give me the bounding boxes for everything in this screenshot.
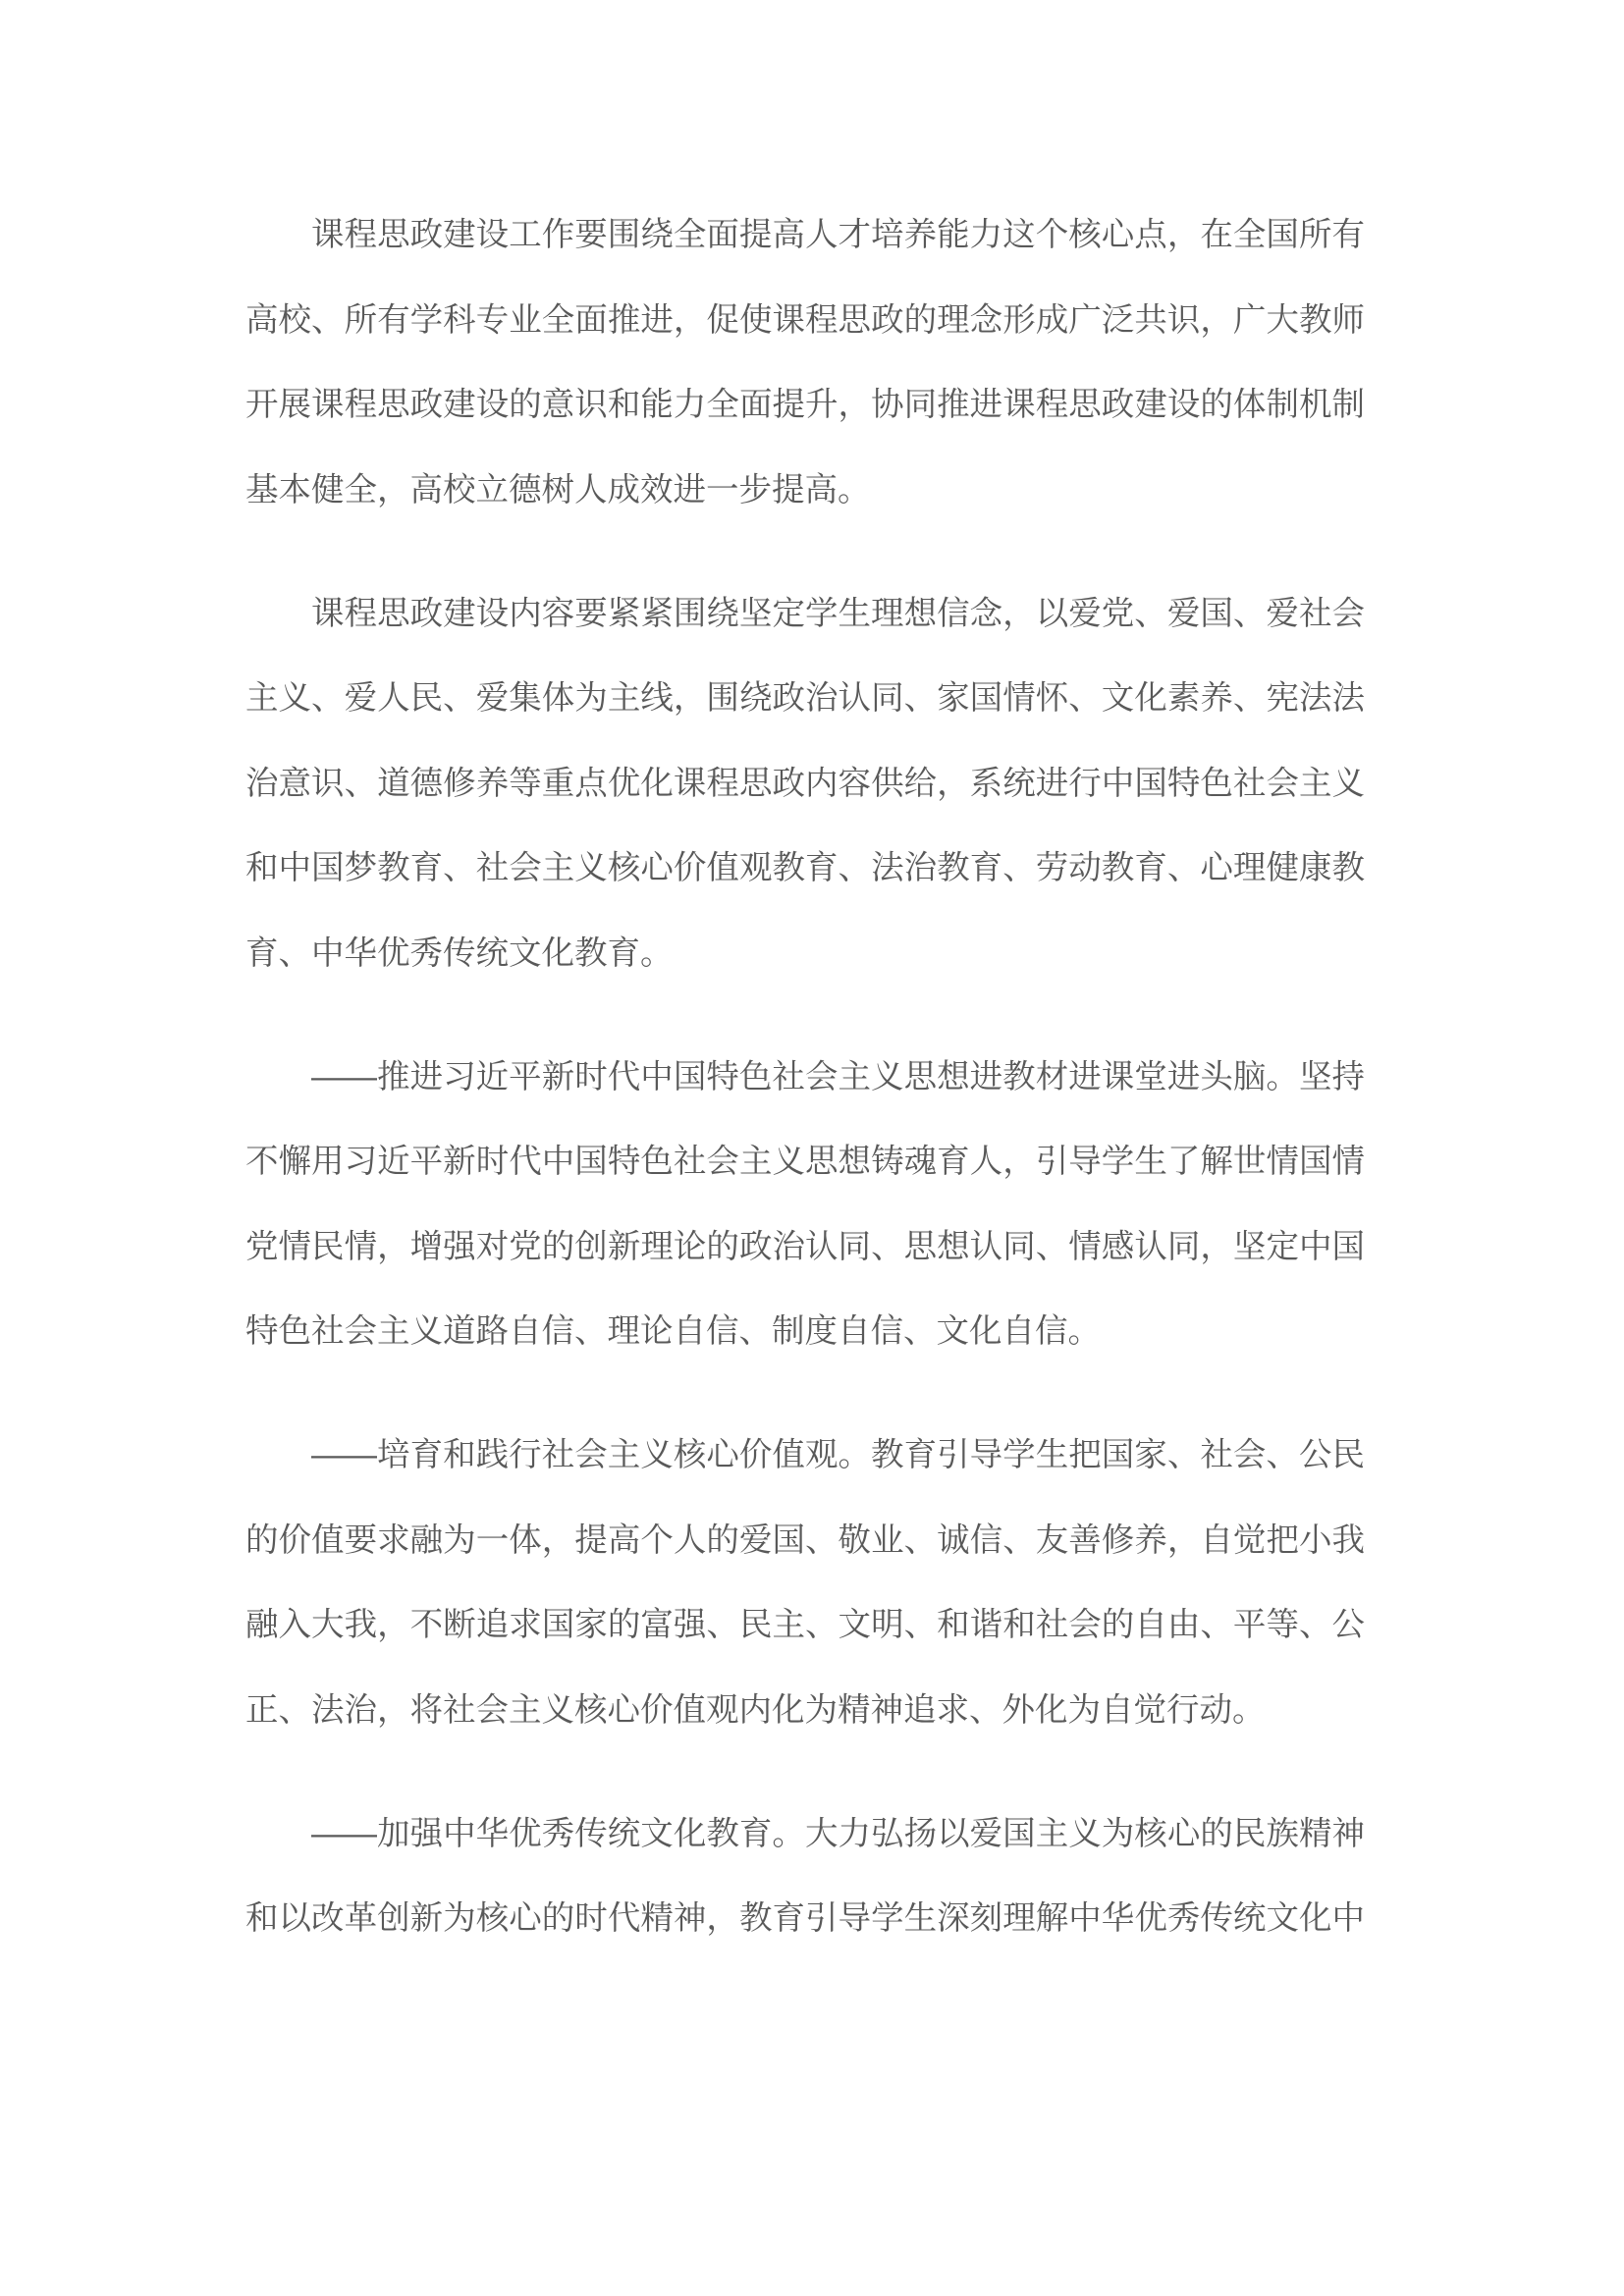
text-line: 开展课程思政建设的意识和能力全面提升，协同推进课程思政建设的体制机制 <box>245 363 1365 449</box>
text-line: 不懈用习近平新时代中国特色社会主义思想铸魂育人，引导学生了解世情国情 <box>245 1120 1365 1205</box>
text-line: 课程思政建设内容要紧紧围绕坚定学生理想信念，以爱党、爱国、爱社会 <box>245 572 1365 658</box>
text-line: ——推进习近平新时代中国特色社会主义思想进教材进课堂进头脑。坚持 <box>245 1036 1365 1121</box>
text-line: 育、中华优秀传统文化教育。 <box>245 912 1365 997</box>
text-line: 高校、所有学科专业全面推进，促使课程思政的理念形成广泛共识，广大教师 <box>245 279 1365 364</box>
text-line: 党情民情，增强对党的创新理论的政治认同、思想认同、情感认同，坚定中国 <box>245 1205 1365 1291</box>
text-line: 和以改革创新为核心的时代精神，教育引导学生深刻理解中华优秀传统文化中 <box>245 1877 1365 1962</box>
text-line: 的价值要求融为一体，提高个人的爱国、敬业、诚信、友善修养，自觉把小我 <box>245 1499 1365 1584</box>
document-body: 课程思政建设工作要围绕全面提高人才培养能力这个核心点，在全国所有高校、所有学科专… <box>245 193 1365 1962</box>
paragraph: ——推进习近平新时代中国特色社会主义思想进教材进课堂进头脑。坚持不懈用习近平新时… <box>245 1036 1365 1375</box>
text-line: 融入大我，不断追求国家的富强、民主、文明、和谐和社会的自由、平等、公 <box>245 1583 1365 1669</box>
document-page: 课程思政建设工作要围绕全面提高人才培养能力这个核心点，在全国所有高校、所有学科专… <box>0 0 1624 2296</box>
text-line: ——培育和践行社会主义核心价值观。教育引导学生把国家、社会、公民 <box>245 1414 1365 1499</box>
paragraph: 课程思政建设内容要紧紧围绕坚定学生理想信念，以爱党、爱国、爱社会主义、爱人民、爱… <box>245 572 1365 997</box>
text-line: 基本健全，高校立德树人成效进一步提高。 <box>245 449 1365 534</box>
text-line: ——加强中华优秀传统文化教育。大力弘扬以爱国主义为核心的民族精神 <box>245 1792 1365 1878</box>
paragraph: ——加强中华优秀传统文化教育。大力弘扬以爱国主义为核心的民族精神和以改革创新为核… <box>245 1792 1365 1962</box>
paragraph: ——培育和践行社会主义核心价值观。教育引导学生把国家、社会、公民的价值要求融为一… <box>245 1414 1365 1753</box>
text-line: 特色社会主义道路自信、理论自信、制度自信、文化自信。 <box>245 1290 1365 1375</box>
text-line: 主义、爱人民、爱集体为主线，围绕政治认同、家国情怀、文化素养、宪法法 <box>245 657 1365 742</box>
text-line: 和中国梦教育、社会主义核心价值观教育、法治教育、劳动教育、心理健康教 <box>245 827 1365 912</box>
text-line: 正、法治，将社会主义核心价值观内化为精神追求、外化为自觉行动。 <box>245 1669 1365 1754</box>
paragraph: 课程思政建设工作要围绕全面提高人才培养能力这个核心点，在全国所有高校、所有学科专… <box>245 193 1365 533</box>
text-line: 治意识、道德修养等重点优化课程思政内容供给，系统进行中国特色社会主义 <box>245 742 1365 828</box>
text-line: 课程思政建设工作要围绕全面提高人才培养能力这个核心点，在全国所有 <box>245 193 1365 279</box>
